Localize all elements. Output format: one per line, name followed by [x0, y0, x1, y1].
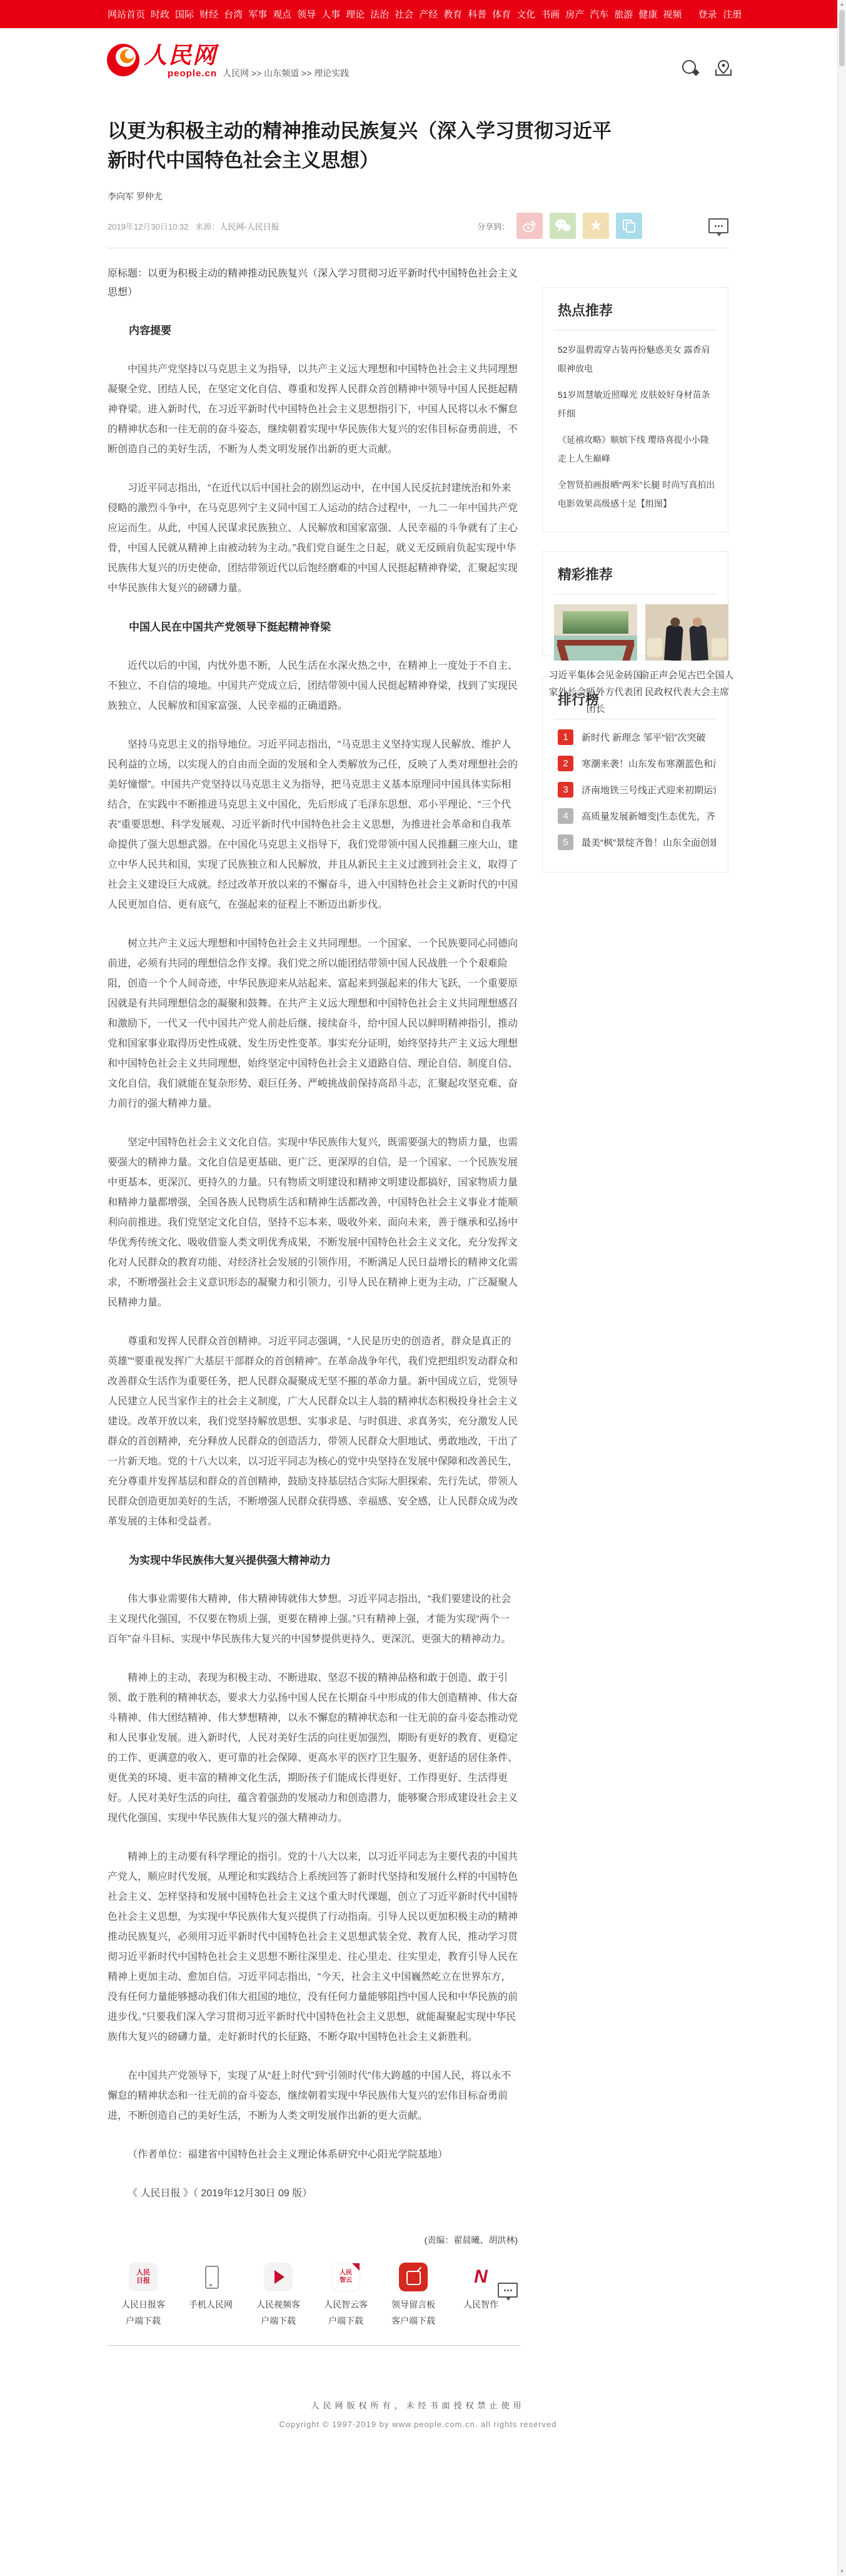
- nav-item[interactable]: 教育: [443, 8, 462, 21]
- logo-text: 人民网 people.cn: [144, 43, 217, 68]
- article-paragraph: 树立共产主义远大理想和中国特色社会主义共同理想。一个国家、一个民族要同心同德向前…: [108, 934, 518, 1114]
- copyright-cn: 人民网版权所有，未经书面授权禁止使用: [108, 2399, 728, 2411]
- app-download-row: 人民日报客 户端下载 手机人民网 人民视频客 户端下载: [108, 2263, 520, 2329]
- article-body: 内容提要中国共产党坚持以马克思主义为指导，以共产主义远大理想和中国特色社会主义共…: [108, 321, 518, 2204]
- article-paragraph: 伟大事业需要伟大精神，伟大精神铸就伟大梦想。习近平同志指出，“我们要建设的社会主…: [108, 1590, 518, 1650]
- featured-image-meeting[interactable]: [554, 604, 637, 661]
- app-label-line1: 人民日报客: [119, 2296, 168, 2313]
- nav-item[interactable]: 时政: [151, 8, 169, 21]
- app-label-line2: 户端下载: [254, 2313, 303, 2329]
- site-header: 人民网 people.cn 人民网 >> 山东频道 >> 理论实践: [0, 28, 846, 100]
- people-cn-logo[interactable]: 人民网 people.cn: [106, 43, 217, 80]
- comment-bubble-icon[interactable]: [498, 2283, 518, 2298]
- hot-recommend-box: 热点推荐 52岁温碧霞穿古装再扮魅惑美女 露香肩眼神放电51岁周慧敏近照曝光 皮…: [542, 287, 728, 532]
- publish-date: 2019年12月30日10:32: [108, 222, 188, 231]
- scrollbar[interactable]: ▲ ▼: [837, 0, 846, 2576]
- scrollbar-up-arrow[interactable]: ▲: [838, 0, 846, 9]
- search-icon[interactable]: [680, 58, 702, 83]
- logo-cn-text: 人民网: [144, 43, 217, 68]
- nav-item[interactable]: 法治: [370, 8, 389, 21]
- nav-item[interactable]: 台湾: [224, 8, 243, 21]
- featured-caption[interactable]: 俞正声会见古巴全国人民政权代表大会主席: [640, 667, 734, 701]
- featured-recommend-box: 精彩推荐 习近平集体会见金砖国家外长会晤外方代表团团长 俞正: [542, 551, 728, 656]
- article-paragraph: 坚持马克思主义的指导地位。习近平同志指出，“马克思主义坚持实现人民解放、维护人民…: [108, 735, 518, 915]
- nav-item[interactable]: 健康: [638, 8, 657, 21]
- copyright-en: Copyright © 1997-2019 by www.people.com.…: [108, 2420, 728, 2429]
- nav-auth: 登录 注册: [698, 8, 742, 21]
- app-download-section: 人民日报客 户端下载 手机人民网 人民视频客 户端下载: [108, 2263, 520, 2346]
- nav-item[interactable]: 观点: [273, 8, 291, 21]
- logo-swirl-icon: [106, 43, 140, 80]
- login-link[interactable]: 登录: [698, 8, 717, 21]
- article-column: 原标题：以更为积极主动的精神推动民族复兴（深入学习贯彻习近平新时代中国特色社会主…: [108, 248, 520, 2346]
- ranking-item[interactable]: 2 寒潮来袭！山东发布寒潮蓝色和海上...: [554, 756, 717, 771]
- nav-item[interactable]: 体育: [492, 8, 511, 21]
- app-label-line1: 人民智作: [456, 2296, 505, 2313]
- app-label-line1: 手机人民网: [186, 2296, 235, 2313]
- app-icon: [264, 2263, 293, 2291]
- nav-item[interactable]: 文化: [516, 8, 535, 21]
- article-meta-row: 2019年12月30日10:32 来源：人民网-人民日报 分享到：: [108, 213, 728, 239]
- box-divider: [554, 330, 717, 330]
- sidebar: 热点推荐 52岁温碧霞穿古装再扮魅惑美女 露香肩眼神放电51岁周慧敏近照曝光 皮…: [542, 287, 728, 891]
- nav-item[interactable]: 旅游: [614, 8, 633, 21]
- comment-bubble-icon[interactable]: [708, 218, 728, 233]
- app-label-line1: 领导留言板: [389, 2296, 438, 2313]
- hot-news-link[interactable]: 52岁温碧霞穿古装再扮魅惑美女 露香肩眼神放电: [554, 340, 717, 378]
- share-wechat-icon[interactable]: [550, 213, 576, 239]
- app-download-item[interactable]: 人民智云客 户端下载: [321, 2263, 370, 2329]
- rank-number: 3: [558, 782, 573, 798]
- article-paragraph: 精神上的主动要有科学理论的指引。党的十八大以来，以习近平同志为主要代表的中国共产…: [108, 1847, 518, 2047]
- hot-news-link[interactable]: 全智贤拍画报晒“两米”长腿 时尚写真拍出电影效果高级感十足【组图】: [554, 475, 717, 513]
- article-paragraph: 内容提要: [108, 321, 518, 341]
- featured-recommend-title: 精彩推荐: [554, 564, 717, 584]
- rank-title: 新时代 新理念 邹平“铝”次突破: [582, 731, 705, 744]
- box-divider: [554, 594, 717, 594]
- share-label: 分享到：: [477, 220, 510, 232]
- rank-number: 4: [558, 808, 573, 824]
- ranking-item[interactable]: 5 最美“枫”景绽齐鲁！山东全面创建...: [554, 834, 717, 850]
- source-label: 来源：: [195, 222, 219, 231]
- rank-title: 最美“枫”景绽齐鲁！山东全面创建...: [582, 836, 716, 849]
- ranking-list: 1 新时代 新理念 邹平“铝”次突破 2 寒潮来袭！山东发布寒潮蓝色和海上...…: [554, 729, 717, 850]
- app-label-line2: 户端下载: [119, 2313, 168, 2329]
- rank-title: 寒潮来袭！山东发布寒潮蓝色和海上...: [582, 757, 716, 770]
- featured-story-1[interactable]: 习近平集体会见金砖国家外长会晤外方代表团团长: [554, 604, 637, 718]
- ranking-item[interactable]: 3 济南地铁三号线正式迎来初期运营！...: [554, 782, 717, 798]
- article-paragraph: 中国人民在中国共产党领导下挺起精神脊梁: [108, 617, 518, 637]
- footer-divider: [108, 2345, 520, 2346]
- article-paragraph: 精神上的主动，表现为积极主动、不断进取、坚忍不拔的精神品格和敢于创造、敢于引领、…: [108, 1668, 518, 1828]
- article-paragraph: 习近平同志指出，“在近代以后中国社会的剧烈运动中，在中国人民反抗封建统治和外来侵…: [108, 479, 518, 599]
- app-label-line2: 户端下载: [321, 2313, 370, 2329]
- article-paragraph: （作者单位：福建省中国特色社会主义理论体系研究中心阳光学院基地）: [108, 2145, 518, 2165]
- top-nav-bar: 网站首页时政国际财经台湾军事观点领导人事理论法治社会产经教育科普体育文化书画房产…: [0, 0, 846, 28]
- register-link[interactable]: 注册: [723, 8, 742, 21]
- nav-item[interactable]: 汽车: [590, 8, 608, 21]
- nav-item[interactable]: 国际: [175, 8, 194, 21]
- breadcrumb[interactable]: 人民网 >> 山东频道 >> 理论实践: [223, 67, 349, 79]
- app-download-item[interactable]: 人民日报客 户端下载: [119, 2263, 168, 2329]
- article-head: 以更为积极主动的精神推动民族复兴（深入学习贯彻习近平新时代中国特色社会主义思想）…: [108, 116, 728, 248]
- app-download-item[interactable]: 领导留言板 客户端下载: [389, 2263, 438, 2329]
- scrollbar-down-arrow[interactable]: ▼: [838, 2567, 846, 2576]
- hot-news-link[interactable]: 51岁周慧敏近照曝光 皮肤姣好身材苗条纤细: [554, 385, 717, 423]
- location-pin-icon[interactable]: [713, 58, 734, 83]
- nav-item[interactable]: 产经: [419, 8, 438, 21]
- app-icon: [399, 2263, 428, 2291]
- box-divider: [554, 719, 717, 719]
- nav-item[interactable]: 书画: [541, 8, 560, 21]
- rank-number: 5: [558, 834, 573, 850]
- source-link[interactable]: 人民网-人民日报: [219, 222, 279, 231]
- header-icons: [680, 58, 734, 83]
- nav-item[interactable]: 视频: [663, 8, 682, 21]
- nav-item[interactable]: 人事: [321, 8, 340, 21]
- nav-items: 网站首页时政国际财经台湾军事观点领导人事理论法治社会产经教育科普体育文化书画房产…: [108, 8, 682, 21]
- app-icon: [129, 2263, 158, 2291]
- ranking-item[interactable]: 4 高质量发展新嬗变|生态优先，齐鲁大...: [554, 808, 717, 824]
- nav-item[interactable]: 网站首页: [108, 8, 145, 21]
- site-footer: 人民网版权所有，未经书面授权禁止使用 Copyright © 1997-2019…: [108, 2399, 728, 2448]
- ranking-item[interactable]: 1 新时代 新理念 邹平“铝”次突破: [554, 729, 717, 745]
- article-paragraph: 近代以后的中国，内忧外患不断，人民生活在水深火热之中，在精神上一度处于不自主、不…: [108, 656, 518, 716]
- rank-title: 济南地铁三号线正式迎来初期运营！...: [582, 783, 716, 796]
- share-bar: 分享到： ★: [477, 213, 728, 239]
- app-download-item[interactable]: 手机人民网: [186, 2263, 235, 2329]
- featured-story-2[interactable]: 俞正声会见古巴全国人民政权代表大会主席: [645, 604, 728, 718]
- nav-item[interactable]: 科普: [468, 8, 486, 21]
- featured-image-handshake[interactable]: [645, 604, 728, 661]
- article-meta: 2019年12月30日10:32 来源：人民网-人民日报: [108, 220, 279, 232]
- original-title: 原标题：以更为积极主动的精神推动民族复兴（深入学习贯彻习近平新时代中国特色社会主…: [108, 265, 520, 302]
- share-qzone-icon[interactable]: ★: [583, 213, 609, 239]
- article-paragraph: 在中国共产党领导下，实现了从“赶上时代”到“引领时代”伟大跨越的中国人民，将以永…: [108, 2066, 518, 2126]
- app-download-item[interactable]: 人民视频客 户端下载: [254, 2263, 303, 2329]
- share-weibo-icon[interactable]: [516, 213, 543, 239]
- hot-news-link[interactable]: 《延禧攻略》顺嫔下线 璎珞喜提小小隆走上人生巅峰: [554, 430, 717, 468]
- share-copy-link-icon[interactable]: [616, 213, 642, 239]
- nav-item[interactable]: 理论: [346, 8, 365, 21]
- featured-image-list: 习近平集体会见金砖国家外长会晤外方代表团团长 俞正声会见古巴全国人民政权代表大会…: [554, 604, 717, 718]
- page-title: 以更为积极主动的精神推动民族复兴（深入学习贯彻习近平新时代中国特色社会主义思想）: [108, 116, 623, 175]
- featured-caption[interactable]: 习近平集体会见金砖国家外长会晤外方代表团团长: [548, 667, 643, 718]
- nav-item[interactable]: 财经: [199, 8, 218, 21]
- rank-number: 2: [558, 756, 573, 771]
- nav-item[interactable]: 领导: [297, 8, 316, 21]
- main-nav: 网站首页时政国际财经台湾军事观点领导人事理论法治社会产经教育科普体育文化书画房产…: [108, 0, 846, 28]
- nav-item[interactable]: 社会: [395, 8, 413, 21]
- rank-number: 1: [558, 729, 573, 745]
- article-authors: 李向军 罗仲尤: [108, 190, 728, 203]
- app-icon: [196, 2263, 225, 2291]
- nav-item[interactable]: 军事: [248, 8, 267, 21]
- app-icon: [331, 2263, 360, 2291]
- app-label-line1: 人民视频客: [254, 2296, 303, 2313]
- hot-recommend-list: 52岁温碧霞穿古装再扮魅惑美女 露香肩眼神放电51岁周慧敏近照曝光 皮肤姣好身材…: [554, 340, 717, 513]
- scrollbar-thumb[interactable]: [839, 10, 845, 66]
- logo-en-text: people.cn: [168, 68, 217, 79]
- editor-credit: (责编：翟晨曦、胡洪林): [108, 2234, 518, 2246]
- nav-item[interactable]: 房产: [565, 8, 584, 21]
- app-label-line2: 客户端下载: [389, 2313, 438, 2329]
- article-paragraph: 坚定中国特色社会主义文化自信。实现中华民族伟大复兴，既需要强大的物质力量，也需要…: [108, 1133, 518, 1313]
- article-paragraph: 中国共产党坚持以马克思主义为指导，以共产主义远大理想和中国特色社会主义共同理想凝…: [108, 360, 518, 460]
- app-label-line1: 人民智云客: [321, 2296, 370, 2313]
- article-paragraph: 《 人民日报 》（ 2019年12月30日 09 版）: [108, 2184, 518, 2204]
- rank-title: 高质量发展新嬗变|生态优先，齐鲁大...: [582, 809, 716, 823]
- main-content: 原标题：以更为积极主动的精神推动民族复兴（深入学习贯彻习近平新时代中国特色社会主…: [108, 248, 728, 2346]
- app-icon: [466, 2263, 495, 2291]
- article-paragraph: 尊重和发挥人民群众首创精神。习近平同志强调，“人民是历史的创造者，群众是真正的英…: [108, 1332, 518, 1532]
- hot-recommend-title: 热点推荐: [554, 300, 717, 320]
- article-paragraph: 为实现中华民族伟大复兴提供强大精神动力: [108, 1551, 518, 1571]
